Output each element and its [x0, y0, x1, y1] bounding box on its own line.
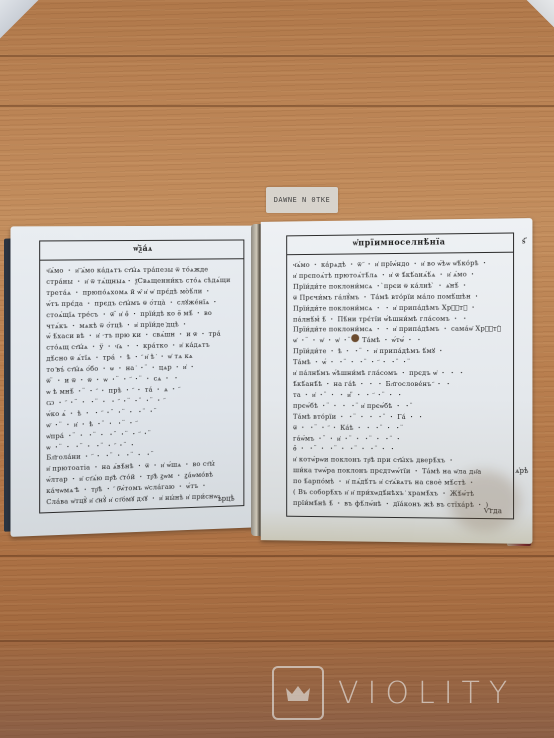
plank-seam [0, 55, 554, 57]
plank-seam [0, 640, 554, 642]
page-text: ч҃ѧ́мо ・ и҆ ҃ѧ́мо ка́дѧтъ ст҃ы́ѧ тра́пез… [46, 264, 237, 506]
text-line: ѣ́кѣ́анѣ́ѣ ・ на га́ѣ ・ ・ ・ Бл҃гослове́нъ… [293, 379, 507, 390]
page-stain [449, 470, 520, 531]
crown-icon [285, 684, 311, 702]
plank-seam [0, 555, 554, 557]
wall-corner [0, 0, 45, 50]
ink-stain [351, 334, 359, 342]
running-head: ѡ҆ѯа́ѧ [40, 242, 243, 253]
wall-corner [524, 0, 554, 30]
page-number: ѕ҃ [522, 235, 525, 245]
violity-watermark: VIOLITY [272, 666, 516, 720]
text-line: прєѡ́бѣ ・ ̈ ・ ・ ・ ̈ и҆ прєѡ́бѣ ・ ・ ̈ [293, 401, 507, 412]
header-rule [287, 252, 513, 256]
text-line: ѡ҆ ・ ̈ ・ ѡ҆ ・ ѡ҆ ・ ̈ ・ Та́мѣ ・ ѡ́тѡ́ ・ ・ [293, 335, 507, 347]
text-line: ѿ ・ ・ ̈ ・ ҃ ・ Ка́ѣ ・ ・ ・ ̈ ・ ・ ̈ [293, 422, 507, 434]
paper-label-tag: DAWNE N 0TKE [266, 187, 338, 213]
right-page: ѡ҆прїимноселнѣ́нїа ѕ҃ ч҃ѧ́мо ・ ка́рѧдѣ ・… [261, 218, 533, 544]
watermark-logo [272, 666, 324, 720]
text-line: Та́мѣ вто́рїи ・ ・ ̈ ・ ・ ・ ̈ ・ Га́ ・ ・ [293, 411, 507, 423]
text-line: Прїи́ди́те поклони́мсѧ ・ ・ и҆ припа́дѣмъ… [293, 302, 507, 314]
margin-note: ѧ҆рѣ [515, 467, 528, 475]
text-line: Прїи́ди́те поклони́мсѧ ・ ・ и҆ припа́дѣмъ… [293, 324, 507, 336]
watermark-brand-text: VIOLITY [338, 676, 516, 711]
running-head: ѡ҆прїимноселнѣ́нїа [287, 236, 513, 249]
text-line: и҆ па́лнѣ́мъ ѡ́ѣшни́мѣ гла́сомъ ・ прєдъ … [293, 368, 507, 379]
catchword: ѣрцѣ [218, 495, 235, 504]
text-line: и҆ прєпоѧ́тѣ прютоѧ́тѣ́лѧ ・ и҆ ѿ ѣ́кѣ́ан… [293, 269, 507, 282]
text-line: Та́мѣ ・ ѡ́ ・ ・ ̈ ・ ・ ̈ ・ ҃ ・ ・ ̈ ・ ̈ [293, 357, 507, 368]
text-line: Прїи́ди́те ・ ѣ ・ ・ ̈ ・ и҆ припа́дѣмъ ѣ́м… [293, 346, 507, 357]
text-line: та ・ и҆ ・ ̈ ・ ・ и҆ ̈ ・ ・ ҃ ・ ̈ ・ ・ [293, 390, 507, 401]
text-frame: ѡ҆ѯа́ѧ ч҃ѧ́мо ・ и҆ ҃ѧ́мо ка́дѧтъ ст҃ы́ѧ … [39, 239, 244, 513]
left-page: ѡ҆ѯа́ѧ ч҃ѧ́мо ・ и҆ ҃ѧ́мо ка́дѧтъ ст҃ы́ѧ … [10, 226, 257, 537]
plank-seam [0, 105, 554, 107]
header-rule [40, 258, 243, 260]
